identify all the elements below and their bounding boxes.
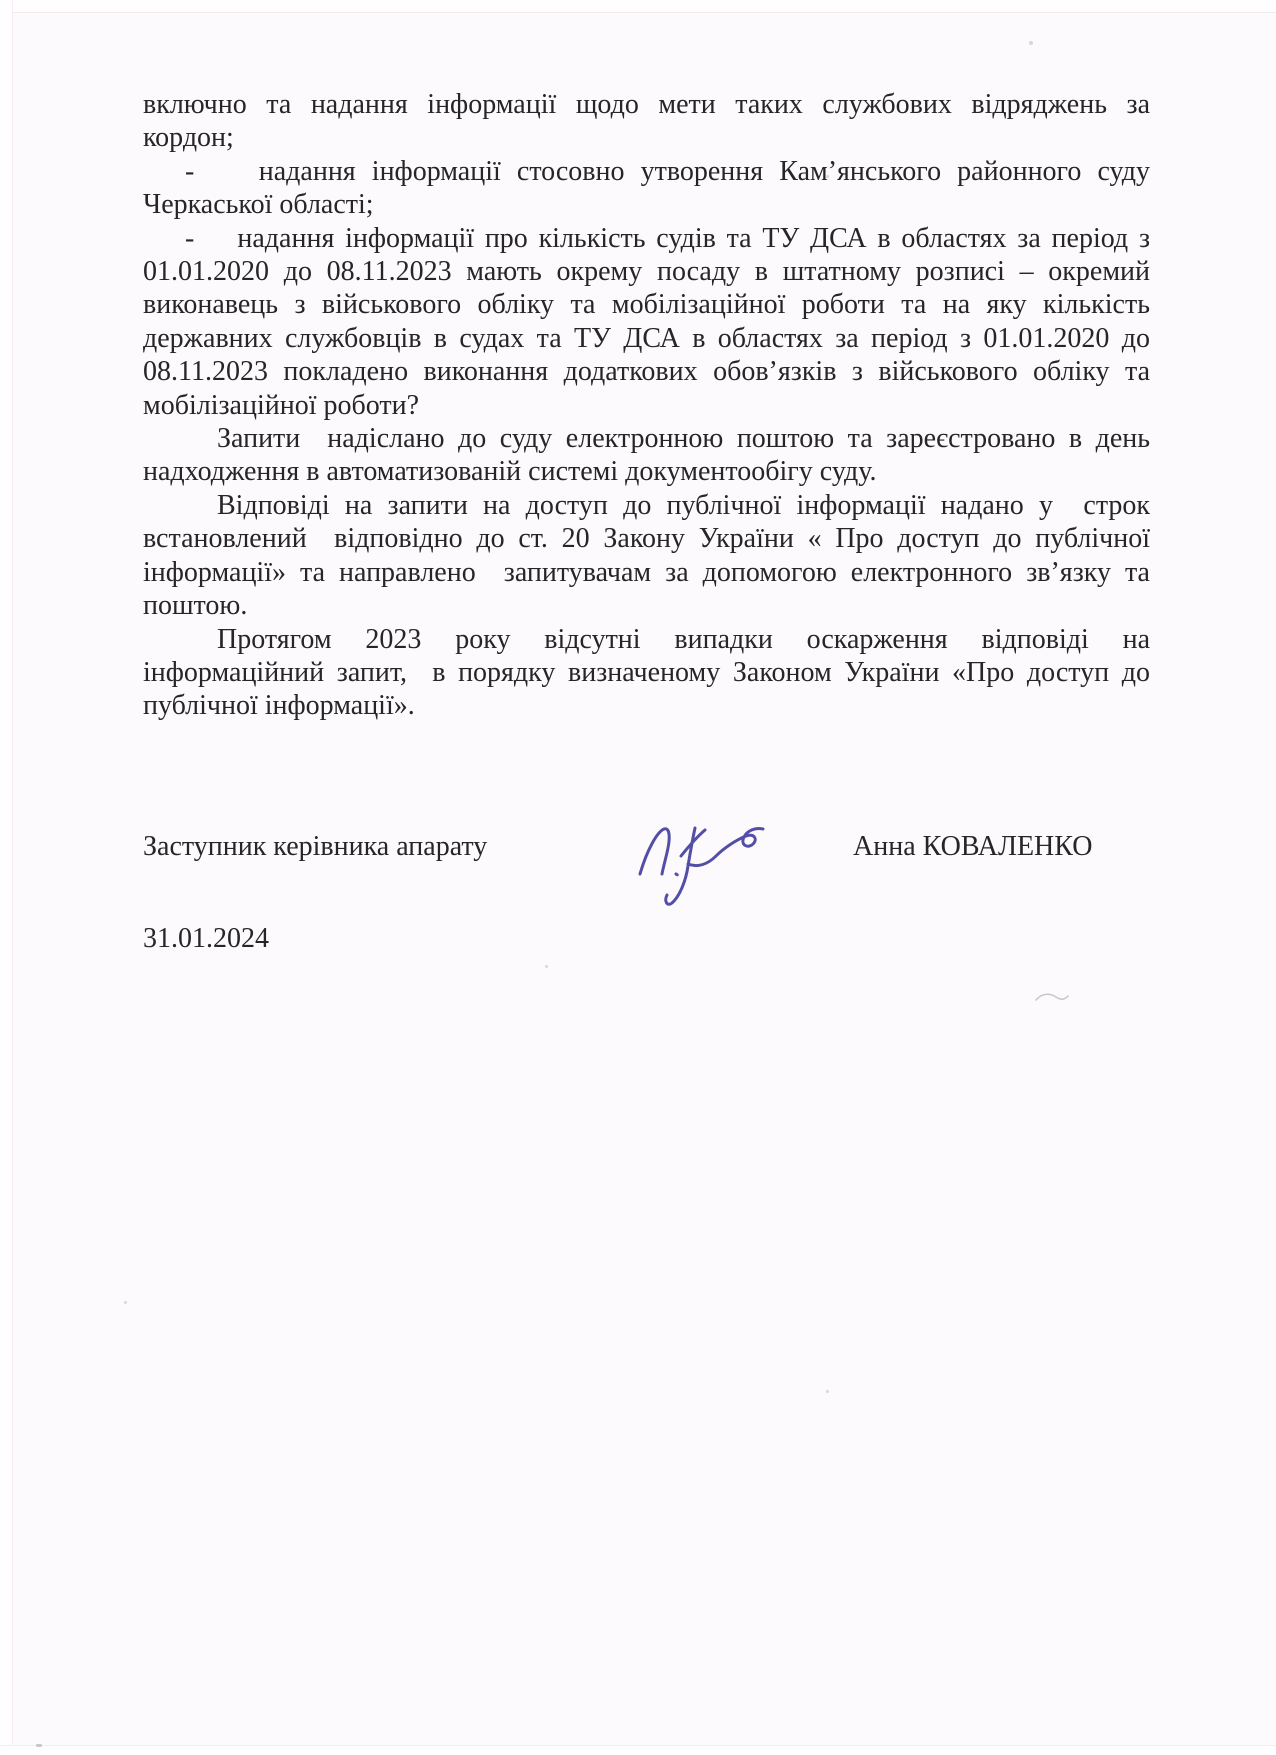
scan-squiggle-artifact: [1034, 991, 1070, 1003]
document-line: кордон;: [143, 121, 1150, 154]
scan-speck: [36, 1744, 42, 1747]
document-line: встановлений відповідно до ст. 20 Закону…: [143, 522, 1150, 555]
scan-speck: [826, 175, 829, 178]
document-line: Протягом 2023 року відсутні випадки оска…: [143, 623, 1150, 656]
scanned-document-page: включно та надання інформації щодо мети …: [0, 0, 1276, 1755]
document-line: 08.11.2023 покладено виконання додаткови…: [143, 355, 1150, 388]
document-line: інформації» та направлено запитувачам за…: [143, 556, 1150, 589]
document-line: надходження в автоматизованій системі до…: [143, 455, 1150, 488]
scan-edge-top: [0, 0, 1276, 13]
document-line: включно та надання інформації щодо мети …: [143, 88, 1150, 121]
document-line: Запити надіслано до суду електронною пош…: [143, 422, 1150, 455]
signatory-name: Анна КОВАЛЕНКО: [853, 830, 1092, 863]
document-line: виконавець з військового обліку та мобіл…: [143, 288, 1150, 321]
document-date: 31.01.2024: [143, 922, 269, 955]
scan-speck: [545, 965, 548, 968]
handwritten-signature-ink: [626, 796, 776, 911]
signatory-title: Заступник керівника апарату: [143, 830, 487, 863]
document-line: 01.01.2020 до 08.11.2023 мають окрему по…: [143, 255, 1150, 288]
scan-speck: [124, 1301, 127, 1304]
document-line: державних службовців в судах та ТУ ДСА в…: [143, 322, 1150, 355]
scan-speck: [826, 1390, 829, 1393]
document-line: - надання інформації стосовно утворення …: [143, 155, 1150, 188]
document-line: Відповіді на запити на доступ до публічн…: [143, 489, 1150, 522]
document-line: мобілізаційної роботи?: [143, 389, 1150, 422]
scan-edge-left: [0, 0, 13, 1755]
scan-edge-bottom: [0, 1745, 1276, 1755]
document-line: інформаційний запит, в порядку визначено…: [143, 656, 1150, 689]
document-line: публічної інформації».: [143, 689, 1150, 722]
document-body-text: включно та надання інформації щодо мети …: [143, 88, 1150, 723]
document-line: поштою.: [143, 589, 1150, 622]
scan-speck: [1029, 41, 1033, 45]
document-line: Черкаської області;: [143, 188, 1150, 221]
document-line: - надання інформації про кількість судів…: [143, 222, 1150, 255]
